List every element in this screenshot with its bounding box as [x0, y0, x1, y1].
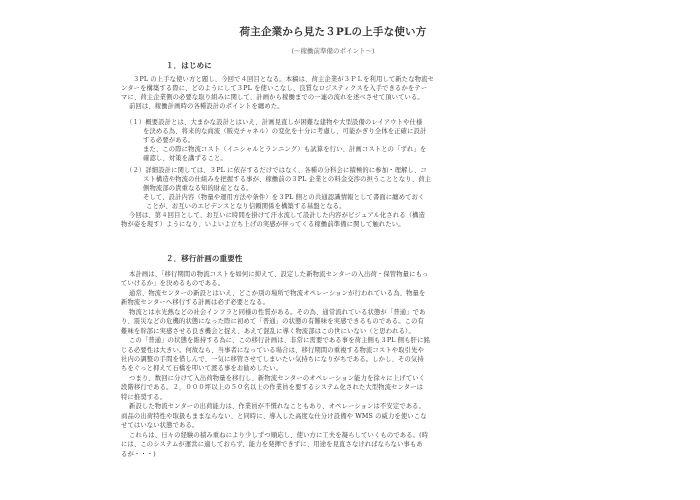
paragraph-line: 新物流センターへ移行する計画は必ず必要となる。 — [121, 298, 269, 307]
paragraph-line: この「普通」の状態を維持する為に、この移行計画は、非常に需要である事を荷主側も３… — [129, 336, 430, 345]
paragraph-line: （１）概要設計とは、大まかな設計とはいえ、計画見直しが困難な建物や大型設備のレイ… — [126, 118, 422, 127]
paragraph-line: ていけるか」を決めるものである。 — [121, 279, 224, 288]
paragraph-line: 物が姿を現す）ようになり、いよいよ立ち上げの実感が伴ってくる稼働前準備に関して触… — [121, 220, 405, 229]
paragraph-line: ンターを構築する際に、どのようにして３PL を使いこなし、良質なロジスティクスを… — [121, 84, 427, 93]
paragraph-line: 社内の調整の手間を惜しんで、一気に移管させてしまいたい気持ちになりがちである。し… — [121, 355, 424, 364]
paragraph-line: を決める為、将来的な商流（販売チャネル）の変化を十分に考慮し、可能かぎり全体を正… — [143, 127, 426, 136]
paragraph-line: ちをぐっと抑えて石橋を叩いて渡る事をお勧めしたい。 — [121, 364, 282, 373]
paragraph-line: るが・・・) — [121, 450, 156, 459]
paragraph-line: には、このシステムが運営に適しておらず、能力を発揮できずに、用途を見直さなければ… — [121, 440, 423, 449]
paragraph-line: 今回は、第４回目として、お互いに時間を掛けて汗水流して設計した内容がビジュアル化… — [129, 211, 425, 220]
paragraph-line: り、震災などの危機的状態になった際に初めて「普通」の状態の有難味を実感できるもの… — [121, 317, 424, 326]
paragraph-line: 通常、物流センターの新設とはいえ、どこか別の場所で物流オペレーションが行われてい… — [129, 289, 425, 298]
paragraph-line: 段階移行である。２，０００坪以上の５０名以上の作業員を要するシステム化された大型… — [121, 383, 423, 392]
paragraph-line: ３PL の上手な使い方と題し、今回で４回目となる。本稿は、荷主企業が３ＰＬを利用… — [133, 75, 434, 84]
paragraph-line: そして、設計内容（物量や運用方法や条件）を３PL 側との共通認識情報として書面に… — [143, 193, 425, 202]
paragraph-line: 商品の出荷特性や取扱もままならない、と同時に、導入した高度な仕分け設備や WMS… — [121, 412, 427, 421]
paragraph-line: 新設した物流センターの出荷能力は、作業員が不慣れなこともあり、オペレーションは不… — [129, 402, 425, 411]
paragraph-line: つまり、数回に分けて入出荷物量を移行し、新物流センターのオペレーション能力を徐々… — [129, 374, 425, 383]
paragraph-line: せてはいない状態である。 — [121, 421, 198, 430]
paragraph-line: 確認し、対策を講ずること。 — [143, 154, 227, 163]
paragraph-line: 物流とは水光熱などの社会インフラと同様の性質がある。その為、通常流れている状態が… — [129, 308, 426, 317]
document-title: 荷主企業から見た３PLの上手な使い方 — [118, 24, 548, 39]
section-heading: ２．移行計画の重要性 — [166, 254, 243, 263]
paragraph-line: また、この際に物流コスト（イニシャルとランニング）も試算を行い、計画コストとの「… — [143, 145, 426, 154]
paragraph-line: （２）詳細設計に関しては、３PL に依存するだけではなく、各種の分科会に積極的に… — [126, 166, 427, 175]
paragraph-line: 特に推奨する。 — [121, 393, 166, 402]
paragraph-line: 難味を幹部に実感させる良き機会と捉え、あえて混乱に導く物流部はこの世にいない（と… — [121, 327, 415, 336]
paragraph-line: 本計画は、「移行期間の物流コストを如何に抑えて、設定した新物流センターの入出荷・… — [129, 270, 428, 279]
document-page: 荷主企業から見た３PLの上手な使い方 (～稼働前準備のポイント～) — [118, 22, 548, 55]
paragraph-line: ことが、お互いのエビデンスとなり信頼関係を構築する基盤となる。 — [146, 202, 346, 211]
paragraph-line: スト構造や物流の仕組みを把握する事が、稼働前の３PL 企業との料金交渉の担うこと… — [143, 175, 431, 184]
document-subtitle: (～稼働前準備のポイント～) — [118, 46, 548, 55]
paragraph-line: これらは、日々の経験の積み重ねにより少しずつ順応し、使い方に工夫を凝らしていくも… — [129, 431, 428, 440]
paragraph-line: マに、荷主企業側の必要な取り組みに関して、計画から稼働までの一連の流れを述べさせ… — [121, 93, 424, 102]
paragraph-line: する必要がある。 — [143, 136, 195, 145]
paragraph-line: じる必要性は大きい。何故なら、当事者になっている場合は、移行期間の重複する物流コ… — [121, 346, 424, 355]
paragraph-line: 側物流部の貴重なる知的財産となる。 — [143, 184, 253, 193]
section-heading: １．はじめに — [166, 61, 212, 70]
paragraph-line: 前回は、稼働計画時の各種設計のポイントを纏めた。 — [129, 102, 284, 111]
